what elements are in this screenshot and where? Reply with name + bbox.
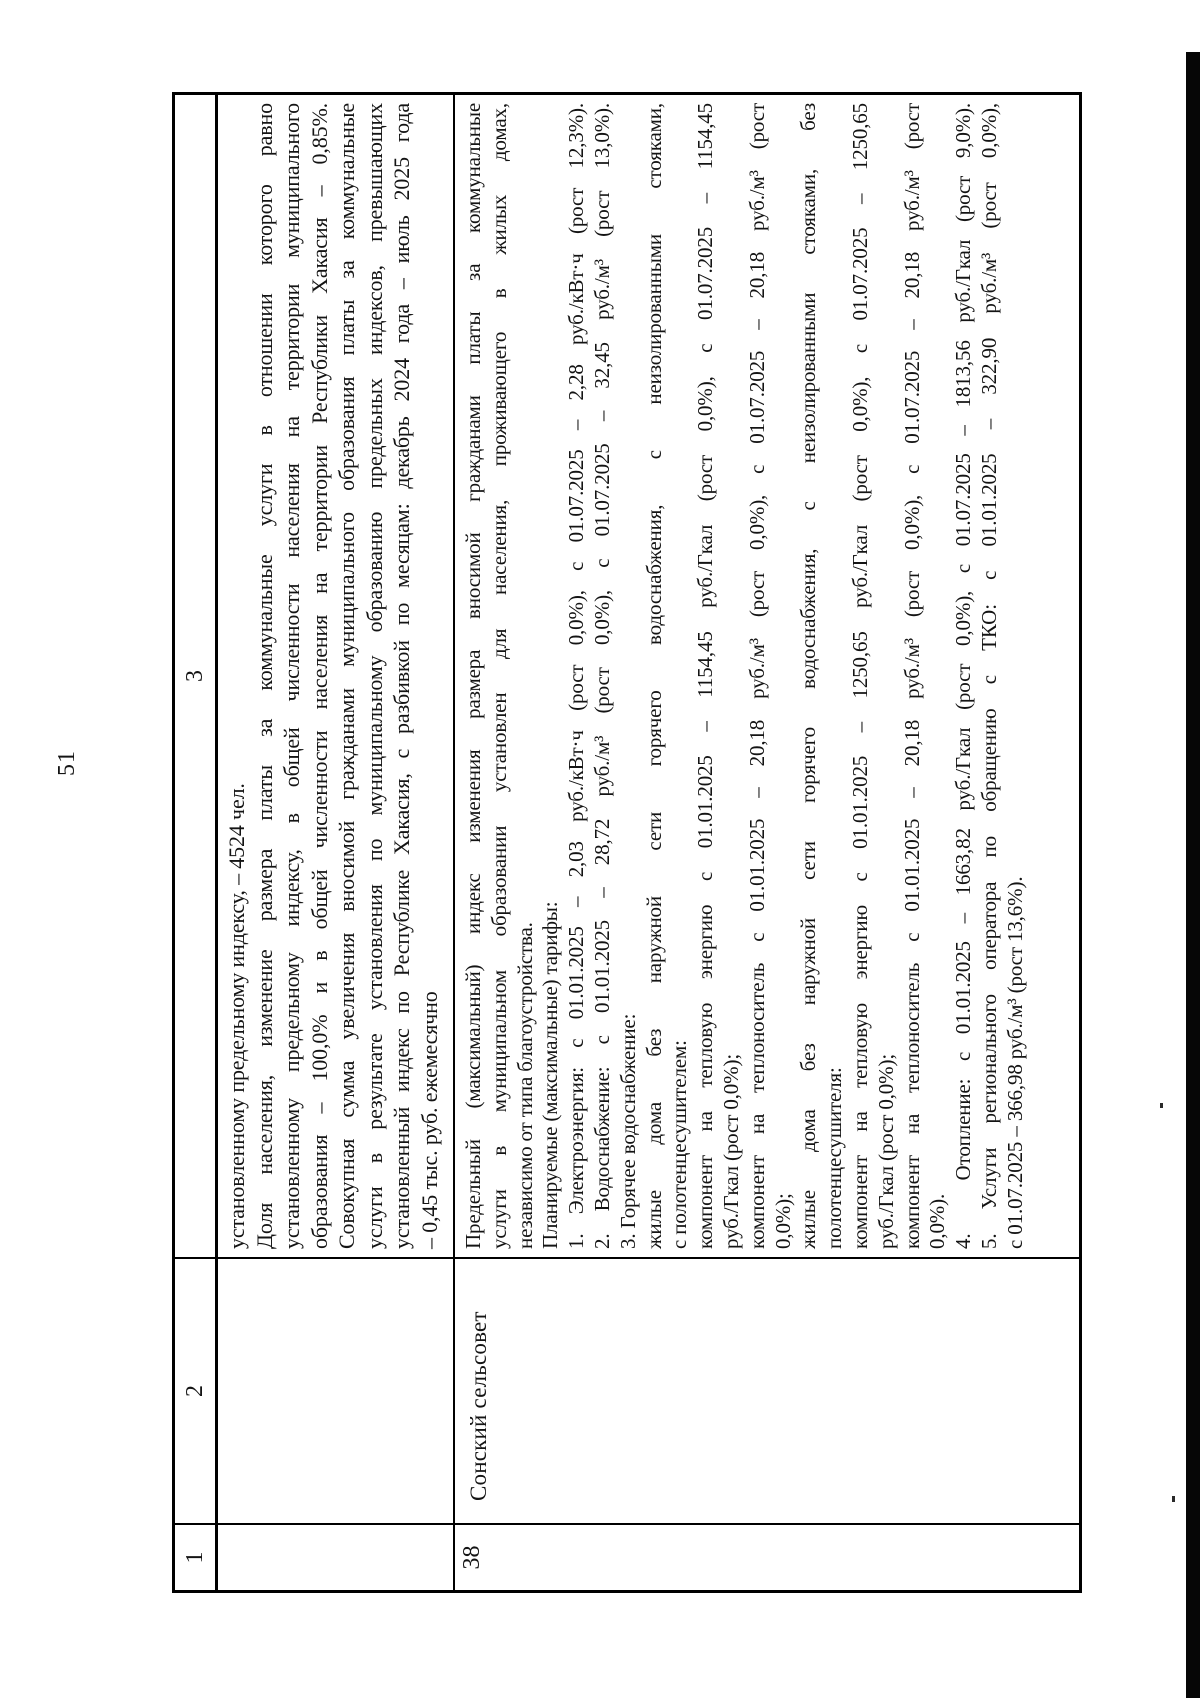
header-cell-col2: 2 (175, 1257, 218, 1523)
text-line: 2. Водоснабжение: с 01.01.2025 – 28,72 р… (590, 103, 616, 1249)
scanned-page: 51 1 2 3 установленному предельному инде… (0, 0, 1200, 1698)
text-line: компонент на тепловую энергию с 01.01.20… (848, 103, 874, 1249)
text-line: 4. Отопление: с 01.01.2025 – 1663,82 руб… (951, 103, 977, 1249)
text-line: руб./Гкал (рост 0,0%); (874, 103, 900, 1249)
text-line: полотенцесушителя: (822, 103, 848, 1249)
text-line: с 01.07.2025 – 366,98 руб./м³ (рост 13,6… (1003, 103, 1029, 1249)
scan-noise-mark (1172, 1496, 1175, 1502)
text-line: Предельный (максимальный) индекс изменен… (461, 103, 487, 1249)
text-line: 1. Электроэнергия: с 01.01.2025 – 2,03 р… (564, 103, 590, 1249)
text-line: руб./Гкал (рост 0,0%); (719, 103, 745, 1249)
scan-noise-mark (1160, 1103, 1163, 1108)
header-cell-col1: 1 (175, 1523, 218, 1590)
row-38-number-cell: 38 (455, 1523, 1079, 1590)
header-cell-col3: 3 (175, 95, 218, 1257)
text-line: с полотенцесушителем: (667, 103, 693, 1249)
text-line: 5. Услуги регионального оператора по обр… (977, 103, 1003, 1249)
text-line: установленному предельному индексу, – 45… (223, 103, 251, 1249)
text-line: жилые дома без наружной сети горячего во… (642, 103, 668, 1249)
text-line: услуги в результате установления по муни… (361, 103, 389, 1249)
row-continuation-name-cell (218, 1257, 455, 1523)
text-line: компонент на теплоноситель с 01.01.2025 … (900, 103, 926, 1249)
text-line: компонент на тепловую энергию с 01.01.20… (693, 103, 719, 1249)
text-line: образования – 100,0% и в общей численнос… (306, 103, 334, 1249)
row-continuation-number-cell (218, 1523, 455, 1590)
text-line: установленному предельному индексу, в об… (278, 103, 306, 1249)
text-line: Планируемые (максимальные) тарифы: (538, 103, 564, 1249)
row-38-text-cell: Предельный (максимальный) индекс изменен… (455, 95, 1079, 1257)
page-number: 51 (54, 726, 81, 800)
text-line: установленный индекс по Республике Хакас… (388, 103, 416, 1249)
text-line: 0,0%); (771, 103, 797, 1249)
text-line: – 0,45 тыс. руб. ежемесячно (416, 103, 444, 1249)
text-line: 3. Горячее водоснабжение: (616, 103, 642, 1249)
scan-edge-artifact (1186, 52, 1200, 1698)
text-line: независимо от типа благоустройства. (513, 103, 539, 1249)
text-line: Совокупная сумма увеличения вносимой гра… (333, 103, 361, 1249)
text-line: Доля населения, изменение размера платы … (251, 103, 279, 1249)
text-line: компонент на теплоноситель с 01.01.2025 … (745, 103, 771, 1249)
text-line: 0,0%). (925, 103, 951, 1249)
text-line: услуги в муниципальном образовании устан… (487, 103, 513, 1249)
tariff-table: 1 2 3 установленному предельному индексу… (172, 92, 1082, 1593)
row-continuation-text-cell: установленному предельному индексу, – 45… (218, 95, 455, 1257)
row-38-name-cell: Сонский сельсовет (455, 1257, 1079, 1523)
text-line: жилые дома без наружной сети горячего во… (796, 103, 822, 1249)
